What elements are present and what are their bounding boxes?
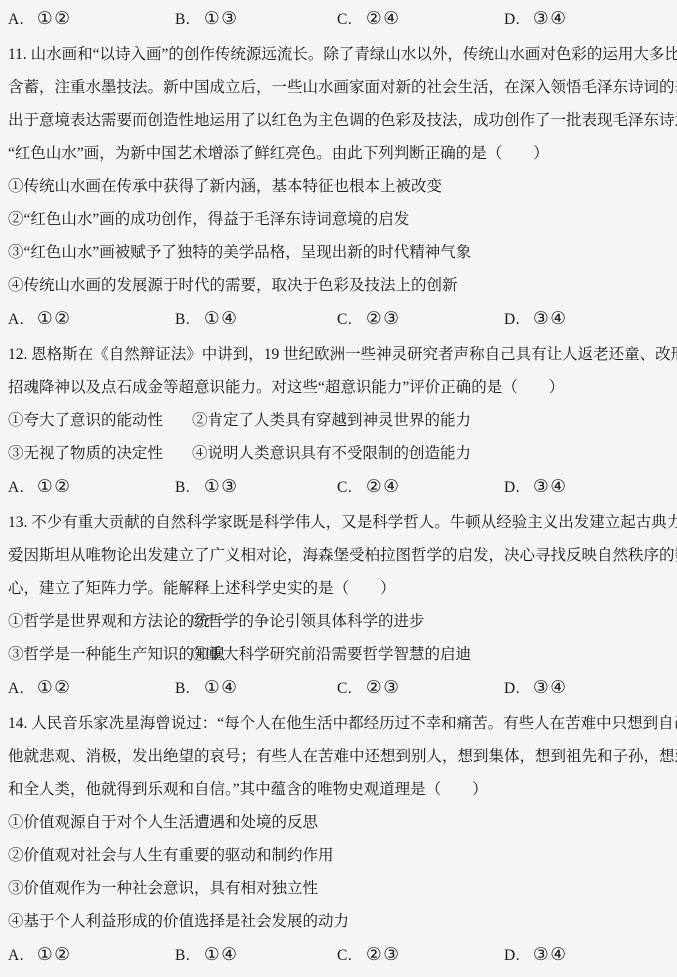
answer-choice-b-q13: B.①④ bbox=[175, 671, 238, 705]
answer-choice-letter: D. bbox=[504, 3, 533, 36]
question-13-stem-line-3: 心，建立了矩阵力学。能解释上述科学史实的是（ ） bbox=[8, 572, 673, 605]
question-13-option-2: ②哲学的争论引领具体科学的进步 bbox=[192, 605, 425, 638]
answer-choice-letter: D. bbox=[504, 672, 533, 705]
question-13-option-row-2: ③哲学是一种能生产知识的知识④重大科学研究前沿需要哲学智慧的启迪 bbox=[8, 638, 673, 671]
answer-choice-letter: C. bbox=[337, 672, 366, 705]
question-11-option-1: ①传统山水画在传承中获得了新内涵，基本特征也根本上被改变 bbox=[8, 170, 673, 203]
question-12-option-row-2: ③无视了物质的决定性④说明人类意识具有不受限制的创造能力 bbox=[8, 437, 673, 470]
answer-choice-letter: D. bbox=[504, 303, 533, 336]
question-11-stem-line-2: 含蓄，注重水墨技法。新中国成立后，一些山水画家面对新的社会生活，在深入领悟毛泽东… bbox=[8, 71, 673, 104]
question-13-option-4: ④重大科学研究前沿需要哲学智慧的启迪 bbox=[192, 638, 471, 671]
answer-choice-letter: B. bbox=[175, 3, 204, 36]
answer-choice-circled-digits: ③④ bbox=[533, 308, 567, 328]
answer-choice-b-q14: B.①④ bbox=[175, 938, 238, 972]
answer-row-q13: A.①②B.①④C.②③D.③④ bbox=[8, 671, 673, 704]
answer-choice-d-q14: D.③④ bbox=[504, 938, 567, 972]
question-11-option-2: ②“红色山水”画的成功创作，得益于毛泽东诗词意境的启发 bbox=[8, 203, 673, 236]
answer-choice-circled-digits: ①③ bbox=[204, 8, 238, 28]
answer-choice-c-q12: C.②④ bbox=[337, 470, 400, 504]
answer-choice-circled-digits: ③④ bbox=[533, 8, 567, 28]
question-12-option-1: ①夸大了意识的能动性 bbox=[8, 404, 163, 437]
answer-choice-d-q11: D.③④ bbox=[504, 302, 567, 336]
question-12-option-2: ②肯定了人类具有穿越到神灵世界的能力 bbox=[192, 404, 471, 437]
answer-choice-c-q10: C.②④ bbox=[337, 2, 400, 36]
answer-choice-a-q11: A.①② bbox=[8, 302, 71, 336]
exam-page: A.①②B.①③C.②④D.③④11. 山水画和“以诗入画”的创作传统源远流长。… bbox=[0, 0, 677, 977]
answer-choice-letter: A. bbox=[8, 471, 37, 504]
answer-choice-letter: D. bbox=[504, 471, 533, 504]
question-14-option-2: ②价值观对社会与人生有重要的驱动和制约作用 bbox=[8, 839, 673, 872]
answer-row-q11: A.①②B.①④C.②③D.③④ bbox=[8, 302, 673, 335]
answer-choice-circled-digits: ③④ bbox=[533, 677, 567, 697]
answer-choice-circled-digits: ①④ bbox=[204, 944, 238, 964]
answer-choice-c-q11: C.②③ bbox=[337, 302, 400, 336]
answer-choice-circled-digits: ①② bbox=[37, 476, 71, 496]
question-13-stem-line-1: 13. 不少有重大贡献的自然科学家既是科学伟人，又是科学哲人。牛顿从经验主义出发… bbox=[8, 506, 673, 539]
answer-choice-circled-digits: ①② bbox=[37, 944, 71, 964]
answer-choice-d-q13: D.③④ bbox=[504, 671, 567, 705]
question-12-option-3: ③无视了物质的决定性 bbox=[8, 437, 163, 470]
question-14-stem-line-3: 和全人类，他就得到乐观和自信。”其中蕴含的唯物史观道理是（ ） bbox=[8, 773, 673, 806]
question-13-stem-line-2: 爱因斯坦从唯物论出发建立了广义相对论，海森堡受柏拉图哲学的启发，决心寻找反映自然… bbox=[8, 539, 673, 572]
answer-choice-circled-digits: ①③ bbox=[204, 476, 238, 496]
answer-choice-circled-digits: ①② bbox=[37, 8, 71, 28]
answer-row-q14: A.①②B.①④C.②③D.③④ bbox=[8, 938, 673, 971]
answer-choice-c-q13: C.②③ bbox=[337, 671, 400, 705]
question-12-option-row-1: ①夸大了意识的能动性②肯定了人类具有穿越到神灵世界的能力 bbox=[8, 404, 673, 437]
answer-choice-circled-digits: ①② bbox=[37, 677, 71, 697]
question-12-stem-line-1: 12. 恩格斯在《自然辩证法》中讲到，19 世纪欧洲一些神灵研究者声称自己具有让… bbox=[8, 338, 673, 371]
question-11-stem-line-3: 出于意境表达需要而创造性地运用了以红色为主色调的色彩及技法，成功创作了一批表现毛… bbox=[8, 104, 673, 137]
answer-row-q12: A.①②B.①③C.②④D.③④ bbox=[8, 470, 673, 503]
answer-choice-letter: B. bbox=[175, 939, 204, 972]
question-14-option-4: ④基于个人利益形成的价值选择是社会发展的动力 bbox=[8, 905, 673, 938]
answer-choice-letter: A. bbox=[8, 303, 37, 336]
answer-choice-d-q10: D.③④ bbox=[504, 2, 567, 36]
answer-choice-letter: C. bbox=[337, 939, 366, 972]
answer-choice-letter: B. bbox=[175, 471, 204, 504]
answer-choice-a-q14: A.①② bbox=[8, 938, 71, 972]
question-14-stem-line-1: 14. 人民音乐家冼星海曾说过：“每个人在他生活中都经历过不幸和痛苦。有些人在苦… bbox=[8, 707, 673, 740]
question-11-stem-line-4: “红色山水”画，为新中国艺术增添了鲜红亮色。由此下列判断正确的是（ ） bbox=[8, 137, 673, 170]
answer-choice-circled-digits: ②③ bbox=[366, 308, 400, 328]
answer-choice-circled-digits: ②③ bbox=[366, 944, 400, 964]
answer-choice-circled-digits: ③④ bbox=[533, 944, 567, 964]
answer-choice-b-q11: B.①④ bbox=[175, 302, 238, 336]
answer-choice-letter: D. bbox=[504, 939, 533, 972]
question-14-option-3: ③价值观作为一种社会意识，具有相对独立性 bbox=[8, 872, 673, 905]
answer-choice-b-q10: B.①③ bbox=[175, 2, 238, 36]
answer-choice-a-q13: A.①② bbox=[8, 671, 71, 705]
question-11-stem-line-1: 11. 山水画和“以诗入画”的创作传统源远流长。除了青绿山水以外，传统山水画对色… bbox=[8, 38, 673, 71]
question-11-option-4: ④传统山水画的发展源于时代的需要，取决于色彩及技法上的创新 bbox=[8, 269, 673, 302]
question-12-stem-line-2: 招魂降神以及点石成金等超意识能力。对这些“超意识能力”评价正确的是（ ） bbox=[8, 371, 673, 404]
answer-choice-circled-digits: ②④ bbox=[366, 476, 400, 496]
question-12-option-4: ④说明人类意识具有不受限制的创造能力 bbox=[192, 437, 471, 470]
answer-choice-letter: B. bbox=[175, 303, 204, 336]
answer-choice-letter: B. bbox=[175, 672, 204, 705]
answer-choice-letter: A. bbox=[8, 3, 37, 36]
question-11-option-3: ③“红色山水”画被赋予了独特的美学品格，呈现出新的时代精神气象 bbox=[8, 236, 673, 269]
question-14-option-1: ①价值观源自于对个人生活遭遇和处境的反思 bbox=[8, 806, 673, 839]
answer-choice-a-q12: A.①② bbox=[8, 470, 71, 504]
answer-choice-circled-digits: ①④ bbox=[204, 308, 238, 328]
answer-choice-letter: C. bbox=[337, 3, 366, 36]
answer-choice-a-q10: A.①② bbox=[8, 2, 71, 36]
answer-choice-c-q14: C.②③ bbox=[337, 938, 400, 972]
answer-choice-d-q12: D.③④ bbox=[504, 470, 567, 504]
question-13-option-row-1: ①哲学是世界观和方法论的统一②哲学的争论引领具体科学的进步 bbox=[8, 605, 673, 638]
answer-choice-letter: C. bbox=[337, 303, 366, 336]
answer-choice-letter: A. bbox=[8, 672, 37, 705]
answer-choice-circled-digits: ①④ bbox=[204, 677, 238, 697]
answer-choice-circled-digits: ②④ bbox=[366, 8, 400, 28]
answer-choice-circled-digits: ①② bbox=[37, 308, 71, 328]
answer-choice-b-q12: B.①③ bbox=[175, 470, 238, 504]
answer-row-q10: A.①②B.①③C.②④D.③④ bbox=[8, 2, 673, 35]
answer-choice-circled-digits: ②③ bbox=[366, 677, 400, 697]
answer-choice-circled-digits: ③④ bbox=[533, 476, 567, 496]
answer-choice-letter: C. bbox=[337, 471, 366, 504]
question-14-stem-line-2: 他就悲观、消极，发出绝望的哀号；有些人在苦难中还想到别人，想到集体，想到祖先和子… bbox=[8, 740, 673, 773]
answer-choice-letter: A. bbox=[8, 939, 37, 972]
